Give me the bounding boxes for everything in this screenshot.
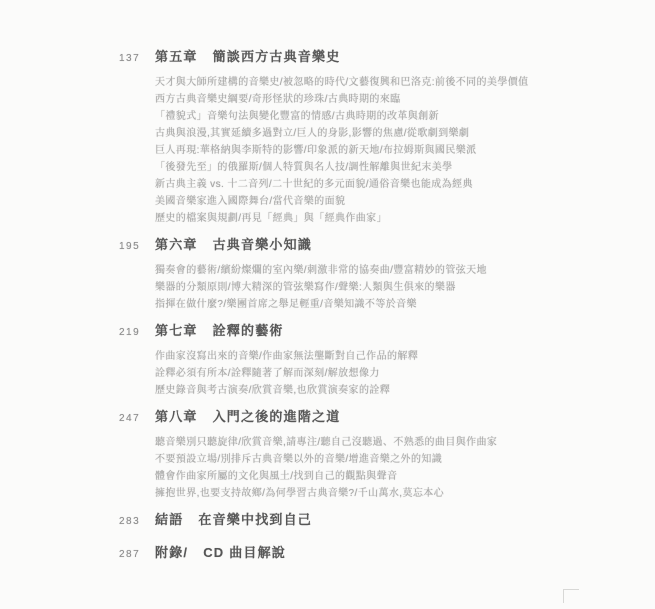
toc-section-line: 樂器的分類原則/博大精深的管弦樂寫作/聲樂:人類與生俱來的樂器 [155, 279, 615, 296]
toc-section-line: 體會作曲家所屬的文化與風土/找到自己的觀點與聲音 [155, 468, 615, 485]
toc-section-line: 西方古典音樂史綱要/奇形怪狀的珍珠/古典時期的來臨 [155, 91, 615, 108]
toc-section-line: 獨奏會的藝術/繽紛燦爛的室內樂/刺激非常的協奏曲/豐富精妙的管弦天地 [155, 262, 615, 279]
toc-chapter-label: 結語 [155, 511, 183, 529]
toc-list: 137 第五章 簡談西方古典音樂史 天才與大師所建構的音樂史/被忽略的時代/文藝… [119, 48, 615, 573]
toc-chapter-label: 第八章 [155, 408, 198, 426]
toc-entry-heading: 247 第八章 入門之後的進階之道 [119, 408, 615, 428]
toc-entry-sections: 聽音樂別只聽旋律/欣賞音樂,請專注/聽自己沒聽過、不熟悉的曲目與作曲家不要預設立… [155, 434, 615, 502]
toc-entry-heading: 219 第七章 詮釋的藝術 [119, 322, 615, 342]
toc-entry: 247 第八章 入門之後的進階之道 聽音樂別只聽旋律/欣賞音樂,請專注/聽自己沒… [119, 408, 615, 502]
toc-entry-heading: 283 結語 在音樂中找到自己 [119, 511, 615, 531]
toc-page-number: 219 [119, 324, 155, 342]
toc-chapter-label: 第六章 [155, 236, 198, 254]
toc-section-line: 詮釋必須有所本/詮釋隨著了解而深刻/解放想像力 [155, 365, 615, 382]
toc-section-line: 巨人再現:華格納與李斯特的影響/印象派的新天地/布拉姆斯與國民樂派 [155, 142, 615, 159]
toc-section-line: 歷史錄音與考古演奏/欣賞音樂,也欣賞演奏家的詮釋 [155, 382, 615, 399]
toc-section-line: 「後發先至」的俄羅斯/個人特質與名人技/調性解離與世紀末美學 [155, 159, 615, 176]
toc-entry: 137 第五章 簡談西方古典音樂史 天才與大師所建構的音樂史/被忽略的時代/文藝… [119, 48, 615, 227]
toc-entry: 283 結語 在音樂中找到自己 [119, 511, 615, 531]
toc-chapter-label: 附錄/ [155, 544, 188, 562]
toc-page-number: 137 [119, 50, 155, 68]
toc-section-line: 作曲家沒寫出來的音樂/作曲家無法壟斷對自己作品的解釋 [155, 348, 615, 365]
toc-chapter-title: 在音樂中找到自己 [198, 511, 312, 529]
toc-section-line: 古典與浪漫,其實延續多過對立/巨人的身影,影響的焦慮/從歌劇到樂劇 [155, 125, 615, 142]
book-toc-page: 137 第五章 簡談西方古典音樂史 天才與大師所建構的音樂史/被忽略的時代/文藝… [0, 0, 655, 609]
toc-entry-sections: 天才與大師所建構的音樂史/被忽略的時代/文藝復興和巴洛克:前後不同的美學價值西方… [155, 74, 615, 227]
toc-section-line: 天才與大師所建構的音樂史/被忽略的時代/文藝復興和巴洛克:前後不同的美學價值 [155, 74, 615, 91]
toc-entry: 287 附錄/ CD 曲目解說 [119, 544, 615, 564]
toc-section-line: 新古典主義 vs. 十二音列/二十世紀的多元面貌/通俗音樂也能成為經典 [155, 176, 615, 193]
toc-entry-heading: 137 第五章 簡談西方古典音樂史 [119, 48, 615, 68]
toc-section-line: 歷史的檔案與規劃/再見「經典」與「經典作曲家」 [155, 210, 615, 227]
toc-chapter-title: 詮釋的藝術 [213, 322, 284, 340]
toc-chapter-title: CD 曲目解說 [203, 544, 286, 562]
toc-chapter-title: 古典音樂小知識 [213, 236, 312, 254]
toc-page-number: 195 [119, 238, 155, 256]
toc-chapter-label: 第五章 [155, 48, 198, 66]
toc-page-number: 247 [119, 410, 155, 428]
toc-entry-heading: 287 附錄/ CD 曲目解說 [119, 544, 615, 564]
toc-section-line: 不要預設立場/別排斥古典音樂以外的音樂/增進音樂之外的知識 [155, 451, 615, 468]
toc-chapter-title: 簡談西方古典音樂史 [213, 48, 341, 66]
toc-page-number: 283 [119, 513, 155, 531]
toc-section-line: 聽音樂別只聽旋律/欣賞音樂,請專注/聽自己沒聽過、不熟悉的曲目與作曲家 [155, 434, 615, 451]
toc-page-number: 287 [119, 546, 155, 564]
toc-entry: 219 第七章 詮釋的藝術 作曲家沒寫出來的音樂/作曲家無法壟斷對自己作品的解釋… [119, 322, 615, 399]
toc-chapter-title: 入門之後的進階之道 [213, 408, 341, 426]
toc-section-line: 指揮在做什麼?/樂團首席之舉足輕重/音樂知識不等於音樂 [155, 296, 615, 313]
toc-entry: 195 第六章 古典音樂小知識 獨奏會的藝術/繽紛燦爛的室內樂/刺激非常的協奏曲… [119, 236, 615, 313]
toc-section-line: 美國音樂家進入國際舞台/當代音樂的面貌 [155, 193, 615, 210]
toc-entry-heading: 195 第六章 古典音樂小知識 [119, 236, 615, 256]
toc-chapter-label: 第七章 [155, 322, 198, 340]
toc-section-line: 擁抱世界,也要支持故鄉/為何學習古典音樂?/千山萬水,莫忘本心 [155, 485, 615, 502]
page-corner-mark [563, 589, 579, 603]
toc-section-line: 「禮貌式」音樂句法與變化豐富的情感/古典時期的改革與創新 [155, 108, 615, 125]
toc-entry-sections: 獨奏會的藝術/繽紛燦爛的室內樂/刺激非常的協奏曲/豐富精妙的管弦天地樂器的分類原… [155, 262, 615, 313]
toc-entry-sections: 作曲家沒寫出來的音樂/作曲家無法壟斷對自己作品的解釋詮釋必須有所本/詮釋隨著了解… [155, 348, 615, 399]
